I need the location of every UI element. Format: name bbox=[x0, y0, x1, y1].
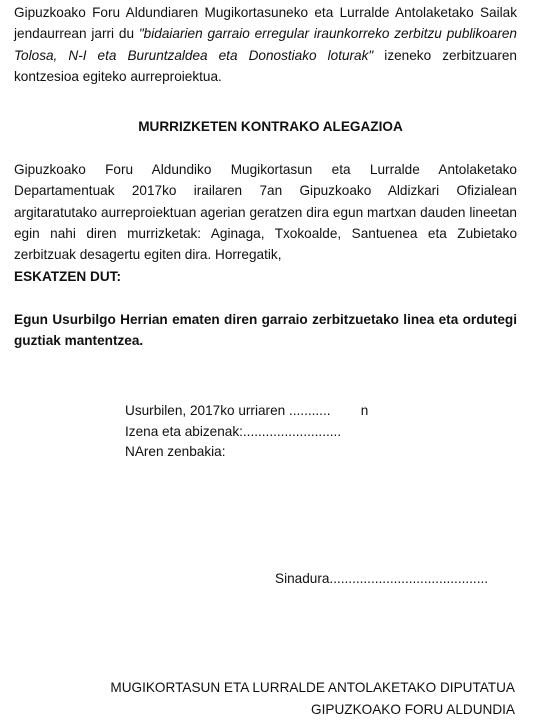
place-date-field: Usurbilen, 2017ko urriaren ........... n bbox=[125, 401, 368, 422]
addressee-line-2: GIPUZKOAKO FORU ALDUNDIA bbox=[110, 699, 515, 720]
request-label: ESKATZEN DUT: bbox=[14, 267, 121, 287]
document-heading: MURRIZKETEN KONTRAKO ALEGAZIOA bbox=[0, 117, 541, 137]
body-paragraph: Gipuzkoako Foru Aldundiko Mugikortasun e… bbox=[14, 159, 517, 265]
addressee-block: MUGIKORTASUN ETA LURRALDE ANTOLAKETAKO D… bbox=[110, 677, 515, 720]
id-number-field: NAren zenbakia: bbox=[125, 442, 368, 463]
form-block: Usurbilen, 2017ko urriaren ........... n… bbox=[125, 401, 368, 463]
intro-paragraph: Gipuzkoako Foru Aldundiaren Mugikortasun… bbox=[14, 2, 517, 87]
addressee-line-1: MUGIKORTASUN ETA LURRALDE ANTOLAKETAKO D… bbox=[110, 677, 515, 699]
name-field: Izena eta abizenak:.....................… bbox=[125, 422, 368, 443]
document-page: Gipuzkoako Foru Aldundiaren Mugikortasun… bbox=[0, 0, 541, 720]
request-paragraph: Egun Usurbilgo Herrian ematen diren garr… bbox=[14, 309, 517, 352]
signature-line: Sinadura................................… bbox=[275, 569, 488, 589]
